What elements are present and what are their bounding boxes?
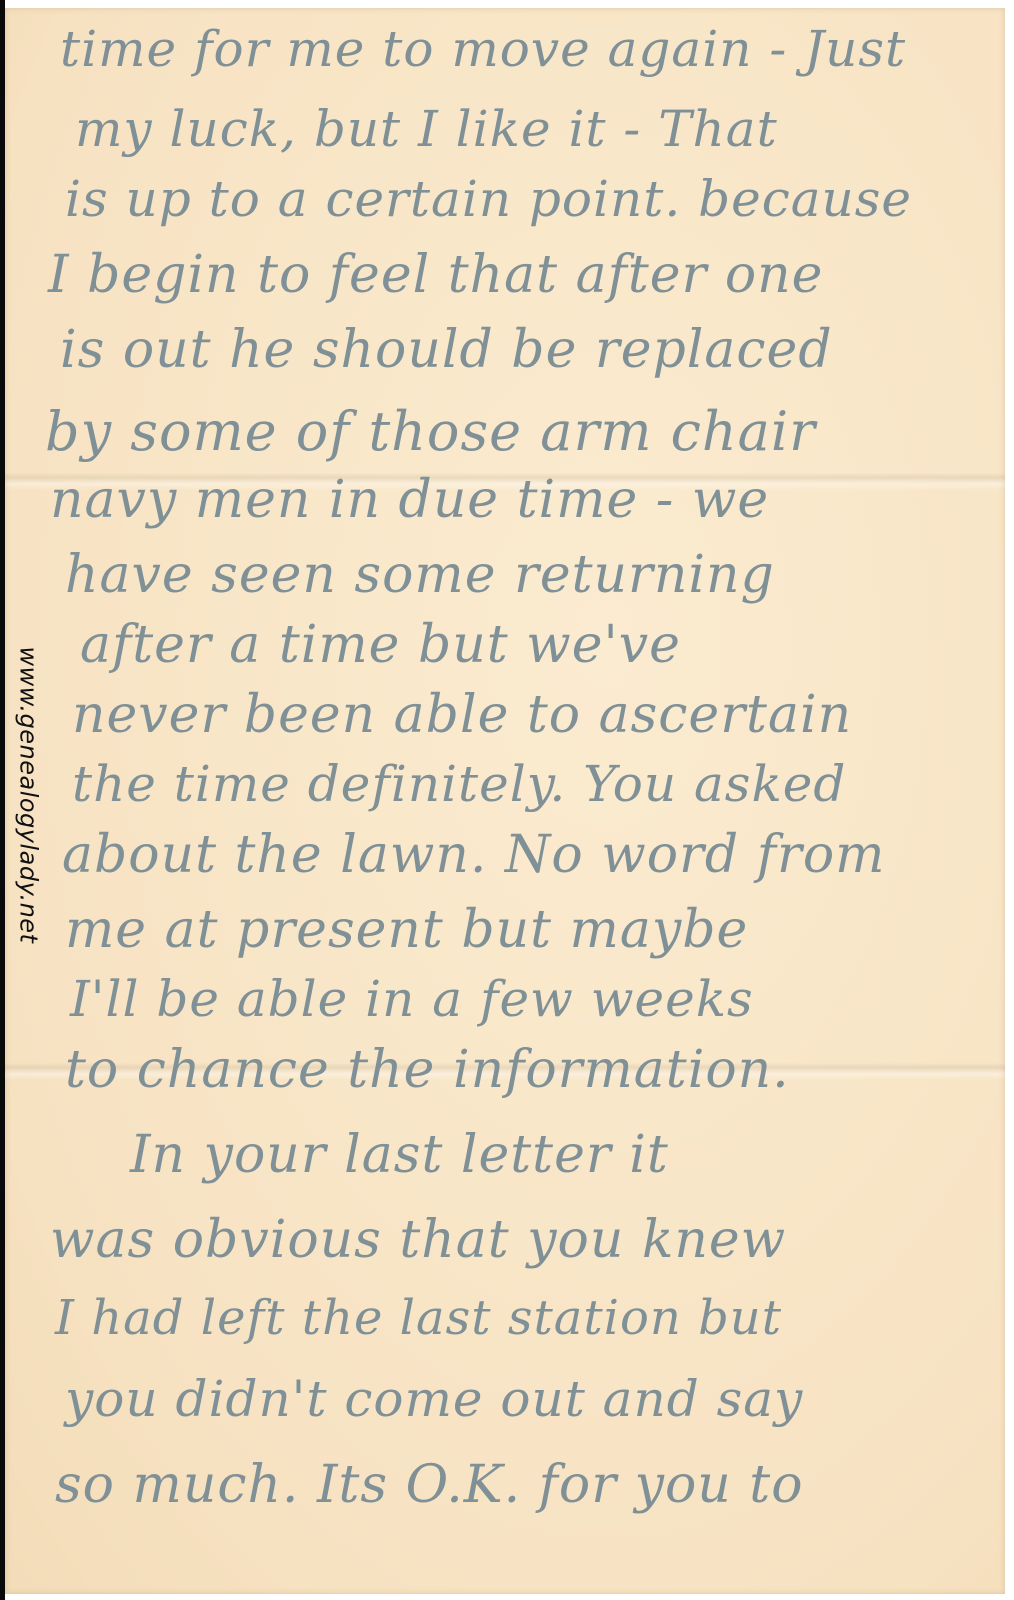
letter-line-4: I begin to feel that after one bbox=[48, 245, 823, 305]
letter-line-6: by some of those arm chair bbox=[45, 400, 816, 463]
letter-line-12: about the lawn. No word from bbox=[62, 825, 885, 885]
letter-line-2: my luck, but I like it - That bbox=[75, 100, 778, 158]
letter-line-19: you didn't come out and say bbox=[65, 1370, 803, 1428]
letter-line-7: navy men in due time - we bbox=[50, 470, 769, 530]
letter-line-1: time for me to move again - Just bbox=[60, 20, 906, 78]
letter-line-14: I'll be able in a few weeks bbox=[70, 970, 754, 1028]
letter-line-10: never been able to ascertain bbox=[72, 685, 852, 745]
letter-line-5: is out he should be replaced bbox=[60, 320, 833, 380]
handwritten-text-body: time for me to move again - Just my luck… bbox=[0, 0, 1014, 1600]
letter-line-13: me at present but maybe bbox=[65, 900, 748, 960]
letter-line-20: so much. Its O.K. for you to bbox=[55, 1455, 804, 1515]
letter-line-8: have seen some returning bbox=[65, 545, 775, 605]
letter-line-18: I had left the last station but bbox=[55, 1290, 782, 1346]
letter-line-15: to chance the information. bbox=[65, 1040, 790, 1100]
letter-line-9: after a time but we've bbox=[80, 615, 681, 675]
letter-line-16: In your last letter it bbox=[130, 1125, 669, 1185]
letter-line-3: is up to a certain point. because bbox=[65, 170, 912, 228]
letter-line-17: was obvious that you knew bbox=[50, 1210, 786, 1270]
watermark-text: www.genealogylady.net bbox=[8, 615, 48, 975]
watermark-label: www.genealogylady.net bbox=[14, 647, 42, 944]
letter-line-11: the time definitely. You asked bbox=[72, 755, 846, 813]
